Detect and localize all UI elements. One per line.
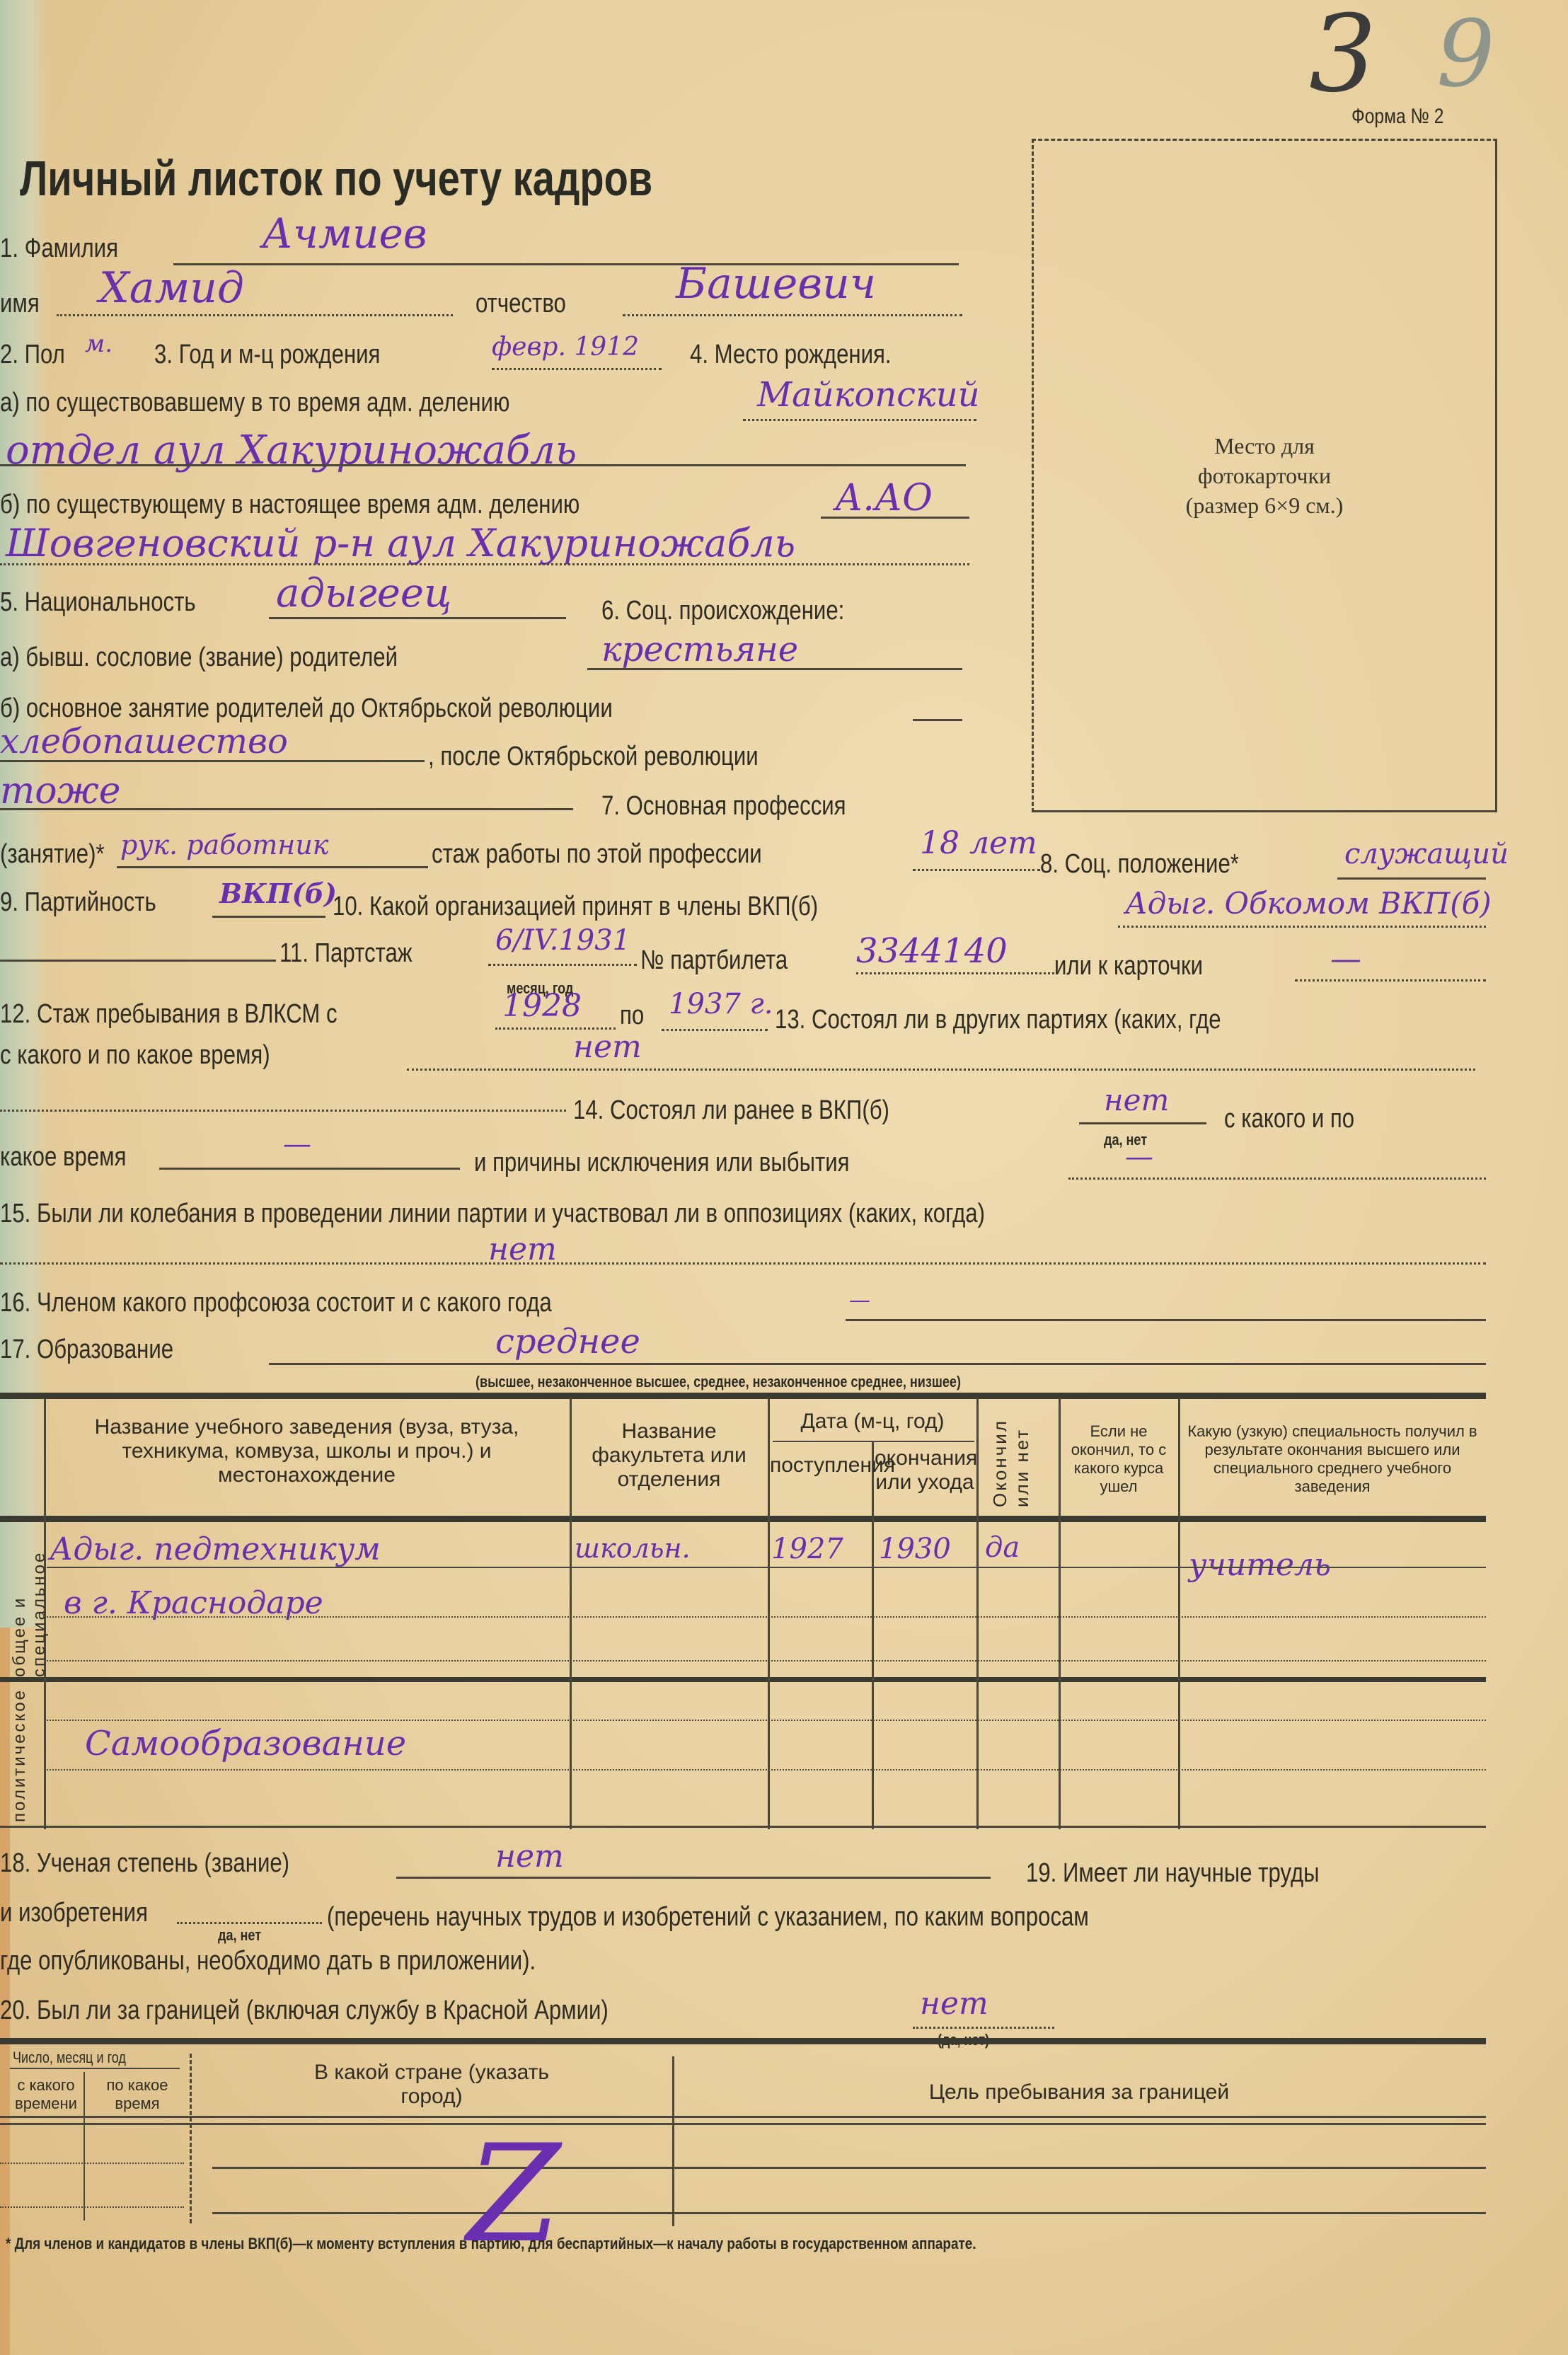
profession-field[interactable]: рук. работник [120, 829, 329, 860]
edu-table-header-rule [0, 1516, 1486, 1522]
oppositions-line [0, 1262, 1486, 1265]
parents-occupation-before-label: б) основное занятие родителей до Октябрь… [0, 693, 613, 724]
trade-union-field[interactable]: — [849, 1288, 870, 1313]
scientific-works-note: (перечень научных трудов и изобретений с… [327, 1902, 1089, 1933]
profession-experience-field[interactable]: 18 лет [920, 825, 1037, 861]
sex-label: 2. Пол [0, 340, 65, 370]
party-tenure-line [488, 964, 637, 966]
photo-label-2: фотокарточки [1034, 461, 1495, 490]
edu-table-section-rule [0, 1677, 1486, 1682]
birth-place-old-line [743, 419, 976, 421]
edu-header-enrolled: поступления [770, 1453, 870, 1478]
education-line [269, 1363, 1486, 1365]
academic-degree-label: 18. Ученая степень (звание) [0, 1848, 289, 1879]
social-status-line [1337, 877, 1486, 880]
nationality-label: 5. Национальность [0, 587, 196, 618]
birth-date-field[interactable]: февр. 1912 [492, 333, 639, 362]
abroad-date-group-rule [10, 2068, 180, 2069]
edu-row-1-line-c [47, 1660, 1486, 1662]
birth-place-old-field-2[interactable]: отдел аул Хакуриножабль [6, 427, 577, 473]
scientific-works-hint: да, нет [218, 1926, 261, 1945]
parents-occupation-after-label: , после Октябрьской революции [428, 742, 759, 772]
edu-row-1-line-a [47, 1567, 1486, 1568]
abroad-table-date-rule-1 [0, 2163, 184, 2164]
birth-place-new-line-2 [0, 563, 969, 565]
abroad-header-date-group: Число, месяц и год [13, 2049, 126, 2067]
nationality-line [269, 617, 566, 619]
birth-place-new-field-2[interactable]: Шовгеновский р-н аул Хакуриножабль [6, 521, 795, 565]
abroad-table-date-rule-2 [0, 2206, 184, 2208]
photo-label-1: Место для [1034, 431, 1495, 461]
party-label: 9. Партийность [0, 887, 156, 918]
profession-label-2: (занятие)* [0, 839, 105, 870]
abroad-col-sep-2 [672, 2056, 674, 2226]
former-vkpb-reason-label: и причины исключения или выбытия [474, 1148, 850, 1178]
birth-place-old-field-1[interactable]: Майкопский [757, 375, 980, 415]
footnote: * Для членов и кандидатов в члены ВКП(б)… [6, 2235, 976, 2253]
social-origin-label: 6. Соц. происхождение: [601, 596, 844, 626]
archive-mark-2: 9 [1436, 0, 1495, 108]
abroad-table-header-rule-2 [0, 2123, 1486, 2125]
abroad-col-sep-0 [83, 2072, 85, 2221]
edu-row-2-line-a [47, 1720, 1486, 1721]
abroad-table-row-rule-1 [212, 2167, 1486, 2169]
edu-row-1-institution-1[interactable]: Адыг. педтехникум [50, 1531, 381, 1567]
abroad-header-to: по какое время [86, 2076, 188, 2113]
edu-row-1-specialty[interactable]: учитель [1189, 1547, 1331, 1583]
party-tenure-label: 11. Партстаж [279, 938, 413, 969]
profession-label: 7. Основная профессия [601, 791, 846, 822]
parents-estate-field[interactable]: крестьяне [601, 630, 798, 669]
party-card-line [856, 972, 1054, 974]
photo-placeholder: Место для фотокарточки (размер 6×9 см.) [1032, 139, 1497, 812]
birth-place-old-line-2 [0, 464, 966, 466]
party-org-label: 10. Какой организацией принят в члены ВК… [333, 892, 818, 922]
party-card-label: № партбилета [640, 945, 788, 976]
former-vkpb-reason-field[interactable]: — [1125, 1141, 1153, 1173]
party-card-alt-field[interactable]: — [1330, 941, 1361, 977]
party-tenure-field[interactable]: 6/IV.1931 [495, 924, 630, 957]
abroad-field[interactable]: нет [920, 1986, 988, 2022]
abroad-header-from: с какого времени [10, 2076, 82, 2113]
patronymic-field[interactable]: Башевич [676, 259, 876, 309]
party-tenure-lead-line [0, 960, 276, 962]
former-vkpb-field[interactable]: нет [1104, 1083, 1169, 1117]
party-org-field[interactable]: Адыг. Обкомом ВКП(б) [1125, 886, 1492, 921]
edu-side-label-general: общее и специальное [10, 1514, 50, 1677]
profession-experience-label: стаж работы по этой профессии [432, 839, 762, 870]
birth-place-new-label: б) по существующему в настоящее время ад… [0, 490, 580, 520]
parents-occupation-before-field[interactable]: хлебопашество [0, 722, 288, 761]
patronymic-label: отчество [475, 289, 566, 319]
birth-place-new-field-1[interactable]: А.АО [835, 477, 933, 519]
komsomol-to-line [662, 1029, 768, 1031]
form-number: Форма № 2 [1351, 105, 1443, 129]
name-line [57, 314, 453, 316]
edu-table-bottom-rule [0, 1826, 1486, 1828]
name-field[interactable]: Хамид [99, 263, 244, 313]
abroad-table-row-rule-2 [212, 2212, 1486, 2214]
former-vkpb-from-label: с какого и по [1224, 1104, 1354, 1134]
oppositions-label: 15. Были ли колебания в проведении линии… [0, 1199, 985, 1229]
edu-row-1-line-b [47, 1616, 1486, 1618]
abroad-label: 20. Был ли за границей (включая службу в… [0, 1996, 609, 2026]
abroad-col-sep-1 [190, 2054, 192, 2223]
scientific-works-line [177, 1922, 322, 1924]
abroad-header-country: В какой стране (указать город) [283, 2061, 580, 2109]
academic-degree-field[interactable]: нет [495, 1838, 564, 1875]
education-label: 17. Образование [0, 1335, 173, 1365]
former-vkpb-reason-line [1068, 1177, 1486, 1180]
social-status-label: 8. Соц. положение* [1040, 849, 1239, 880]
edu-row-2-institution[interactable]: Самообразование [85, 1724, 406, 1763]
birth-date-line [492, 368, 662, 370]
document-page: 3 9 Форма № 2 Личный листок по учету кад… [0, 0, 1568, 2355]
parents-occupation-before-line-2 [0, 760, 425, 762]
other-parties-line [407, 1069, 1475, 1071]
edu-header-completed: Окончил или нет [989, 1408, 1033, 1507]
profession-experience-line [913, 869, 1040, 871]
edu-header-finished: окончания или ухода [875, 1446, 975, 1495]
scientific-works-note-2: где опубликованы, необходимо дать в прил… [0, 1946, 536, 1976]
abroad-table-top-rule [0, 2038, 1486, 2044]
edu-col-sep-3 [872, 1442, 874, 1829]
parents-estate-label: а) бывш. сословие (звание) родителей [0, 643, 398, 673]
photo-label-3: (размер 6×9 см.) [1034, 490, 1495, 520]
name-label: имя [0, 289, 40, 319]
edu-side-label-political: политическое [10, 1681, 30, 1822]
edu-header-date-group: Дата (м-ц, год) [770, 1410, 975, 1434]
other-parties-field[interactable]: нет [573, 1029, 642, 1065]
edu-header-course-left: Если не окончил, то с какого курса ушел [1061, 1422, 1176, 1496]
surname-field[interactable]: Ачмиев [262, 209, 427, 258]
former-vkpb-time-field[interactable]: — [283, 1128, 311, 1161]
edu-row-1-faculty[interactable]: школьн. [575, 1533, 691, 1564]
party-line [212, 916, 325, 918]
former-vkpb-label: 14. Состоял ли ранее в ВКП(б) [573, 1095, 889, 1126]
parents-occupation-after-line [0, 808, 573, 810]
edu-col-sep-5 [1059, 1398, 1061, 1829]
trade-union-line [846, 1319, 1486, 1321]
patronymic-line [623, 314, 962, 316]
birth-date-label: 3. Год и м-ц рождения [154, 340, 380, 370]
archive-mark-1: 3 [1309, 0, 1376, 116]
nationality-field[interactable]: адыгеец [276, 570, 451, 616]
birth-place-old-label: а) по существовавшему в то время адм. де… [0, 388, 509, 418]
komsomol-to-label: по [620, 1001, 644, 1031]
education-hint: (высшее, незаконченное высшее, среднее, … [475, 1373, 961, 1391]
former-vkpb-line [1079, 1122, 1206, 1124]
komsomol-to-field[interactable]: 1937 г. [669, 988, 773, 1020]
other-parties-label-2: с какого и по какое время) [0, 1040, 270, 1071]
party-card-field[interactable]: 3344140 [856, 931, 1008, 971]
edu-row-1-completed[interactable]: да [985, 1531, 1020, 1564]
party-card-alt-label: или к карточки [1054, 951, 1203, 981]
page-title: Личный листок по учету кадров [20, 150, 652, 207]
profession-line [117, 866, 428, 868]
academic-degree-line [396, 1877, 991, 1879]
scientific-works-label-2: и изобретения [0, 1898, 148, 1928]
abroad-table-header-rule-1 [0, 2116, 1486, 2118]
social-status-field[interactable]: служащий [1344, 838, 1509, 870]
education-field[interactable]: среднее [495, 1322, 640, 1361]
surname-label: 1. Фамилия [0, 234, 118, 264]
edu-header-faculty: Название факультета или отделения [572, 1420, 766, 1492]
edu-table-top-rule [0, 1393, 1486, 1399]
abroad-header-purpose: Цель пребывания за границей [778, 2080, 1380, 2104]
scientific-works-label: 19. Имеет ли научные труды [1026, 1858, 1320, 1889]
parents-occupation-after-field[interactable]: тоже [0, 770, 121, 812]
party-field[interactable]: ВКП(б) [219, 877, 337, 909]
edu-header-specialty: Какую (узкую) специальность получил в ре… [1180, 1422, 1485, 1496]
edu-date-group-rule [773, 1441, 974, 1442]
other-parties-label: 13. Состоял ли в других партиях (каких, … [775, 1005, 1221, 1035]
trade-union-label: 16. Членом какого профсоюза состоит и с … [0, 1288, 552, 1318]
party-org-line [1118, 926, 1486, 928]
former-vkpb-lead-line [0, 1110, 566, 1112]
edu-row-1-enrolled[interactable]: 1927 [771, 1533, 843, 1565]
birth-place-label: 4. Место рождения. [690, 340, 892, 370]
komsomol-label: 12. Стаж пребывания в ВЛКСМ с [0, 999, 338, 1030]
former-vkpb-time-line [159, 1168, 460, 1170]
abroad-line [913, 2027, 1054, 2029]
edu-row-2-line-b [47, 1769, 1486, 1770]
edu-row-1-finished[interactable]: 1930 [879, 1533, 951, 1565]
sex-field[interactable]: м. [85, 330, 113, 358]
edu-header-institution: Название учебного заведения (вуза, втуза… [47, 1415, 567, 1487]
former-vkpb-time-label: какое время [0, 1142, 126, 1173]
party-card-alt-line [1295, 979, 1486, 981]
komsomol-from-field[interactable]: 1928 [502, 988, 582, 1024]
parents-occupation-before-line [913, 719, 962, 721]
